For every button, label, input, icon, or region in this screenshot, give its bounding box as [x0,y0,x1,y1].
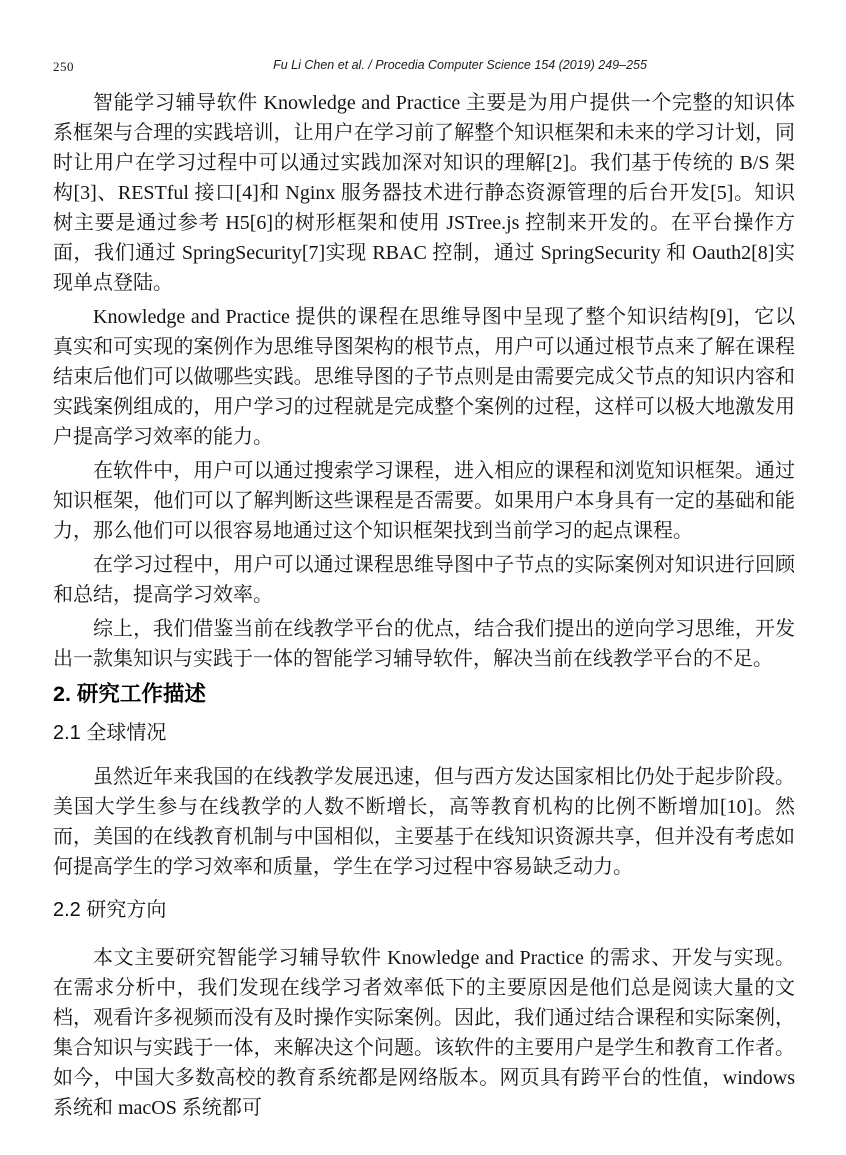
section-2-heading: 2. 研究工作描述 [53,679,795,709]
subsection-2-1-paragraph: 虽然近年来我国的在线教学发展迅速，但与西方发达国家相比仍处于起步阶段。美国大学生… [53,762,795,882]
running-title: Fu Li Chen et al. / Procedia Computer Sc… [89,58,831,72]
intro-paragraph-5: 综上，我们借鉴当前在线教学平台的优点，结合我们提出的逆向学习思维，开发出一款集知… [53,614,795,674]
intro-paragraph-3: 在软件中，用户可以通过搜索学习课程，进入相应的课程和浏览知识框架。通过知识框架，… [53,456,795,546]
page-number: 250 [53,59,74,75]
paper-page: 250 Fu Li Chen et al. / Procedia Compute… [0,0,846,1155]
page-body: 智能学习辅导软件 Knowledge and Practice 主要是为用户提供… [53,88,795,1127]
subsection-2-1-heading: 2.1 全球情况 [53,718,795,748]
intro-paragraph-2: Knowledge and Practice 提供的课程在思维导图中呈现了整个知… [53,302,795,452]
intro-paragraph-4: 在学习过程中，用户可以通过课程思维导图中子节点的实际案例对知识进行回顾和总结，提… [53,550,795,610]
subsection-2-2-paragraph: 本文主要研究智能学习辅导软件 Knowledge and Practice 的需… [53,943,795,1123]
intro-paragraph-1: 智能学习辅导软件 Knowledge and Practice 主要是为用户提供… [53,88,795,298]
page-header: 250 Fu Li Chen et al. / Procedia Compute… [53,58,795,76]
subsection-2-2-heading: 2.2 研究方向 [53,895,795,925]
